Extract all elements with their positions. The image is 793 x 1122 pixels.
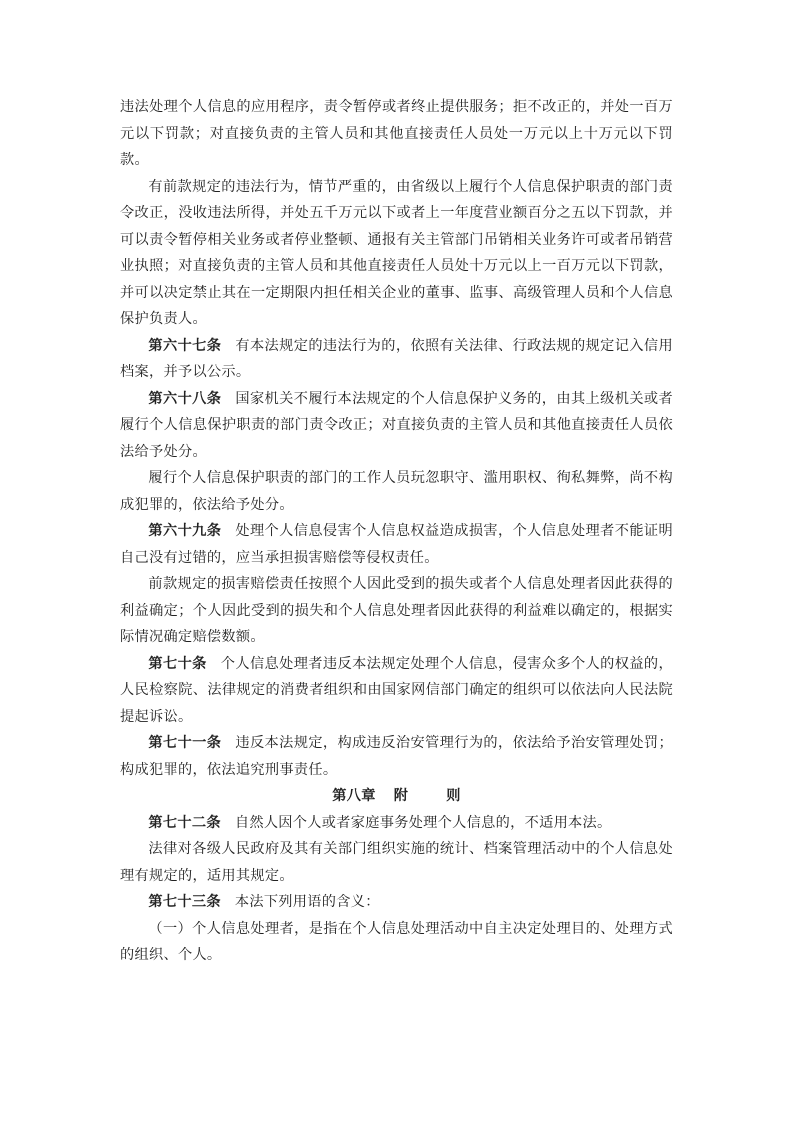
definition-item: （一）个人信息处理者，是指在个人信息处理活动中自主决定处理目的、处理方式的组织、… [120,916,673,969]
paragraph-continuation: 违法处理个人信息的应用程序，责令暂停或者终止提供服务；拒不改正的，并处一百万元以… [120,94,673,174]
paragraph-text: 违法处理个人信息的应用程序，责令暂停或者终止提供服务；拒不改正的，并处一百万元以… [120,99,673,168]
paragraph-text: 前款规定的损害赔偿责任按照个人因此受到的损失或者个人信息处理者因此获得的利益确定… [120,576,673,645]
article-68: 第六十八条国家机关不履行本法规定的个人信息保护义务的，由其上级机关或者履行个人信… [120,386,673,466]
article-69: 第六十九条处理个人信息侵害个人信息权益造成损害，个人信息处理者不能证明自己没有过… [120,518,673,571]
article-72: 第七十二条自然人因个人或者家庭事务处理个人信息的，不适用本法。 [120,810,673,837]
paragraph: 前款规定的损害赔偿责任按照个人因此受到的损失或者个人信息处理者因此获得的利益确定… [120,571,673,651]
article-text: 自然人因个人或者家庭事务处理个人信息的，不适用本法。 [235,815,612,831]
article-number: 第六十九条 [148,523,221,539]
article-number: 第七十三条 [148,894,220,910]
article-67: 第六十七条有本法规定的违法行为的，依照有关法律、行政法规的规定记入信用档案，并予… [120,333,673,386]
article-text: 本法下列用语的含义： [235,894,380,910]
chapter-number: 第八章 [332,788,375,804]
article-70: 第七十条个人信息处理者违反本法规定处理个人信息，侵害众多个人的权益的，人民检察院… [120,651,673,731]
article-number: 第七十二条 [148,815,220,831]
article-number: 第七十条 [148,656,206,672]
article-71: 第七十一条违反本法规定，构成违反治安管理行为的，依法给予治安管理处罚；构成犯罪的… [120,730,673,783]
article-number: 第六十八条 [148,391,221,407]
article-73: 第七十三条本法下列用语的含义： [120,889,673,916]
article-number: 第六十七条 [148,338,221,354]
paragraph: 有前款规定的违法行为，情节严重的，由省级以上履行个人信息保护职责的部门责令改正，… [120,174,673,333]
paragraph-text: （一）个人信息处理者，是指在个人信息处理活动中自主决定处理目的、处理方式的组织、… [120,921,673,964]
chapter-title-part1: 附 [394,788,409,804]
paragraph-text: 履行个人信息保护职责的部门的工作人员玩忽职守、滥用职权、徇私舞弊，尚不构成犯罪的… [120,470,673,513]
chapter-title-part2: 则 [446,788,461,804]
paragraph-text: 法律对各级人民政府及其有关部门组织实施的统计、档案管理活动中的个人信息处理有规定… [120,841,673,884]
chapter-heading: 第八章附则 [120,783,673,810]
paragraph-text: 有前款规定的违法行为，情节严重的，由省级以上履行个人信息保护职责的部门责令改正，… [120,179,673,328]
article-number: 第七十一条 [148,735,221,751]
paragraph: 履行个人信息保护职责的部门的工作人员玩忽职守、滥用职权、徇私舞弊，尚不构成犯罪的… [120,465,673,518]
document-page: 违法处理个人信息的应用程序，责令暂停或者终止提供服务；拒不改正的，并处一百万元以… [120,94,673,969]
paragraph: 法律对各级人民政府及其有关部门组织实施的统计、档案管理活动中的个人信息处理有规定… [120,836,673,889]
